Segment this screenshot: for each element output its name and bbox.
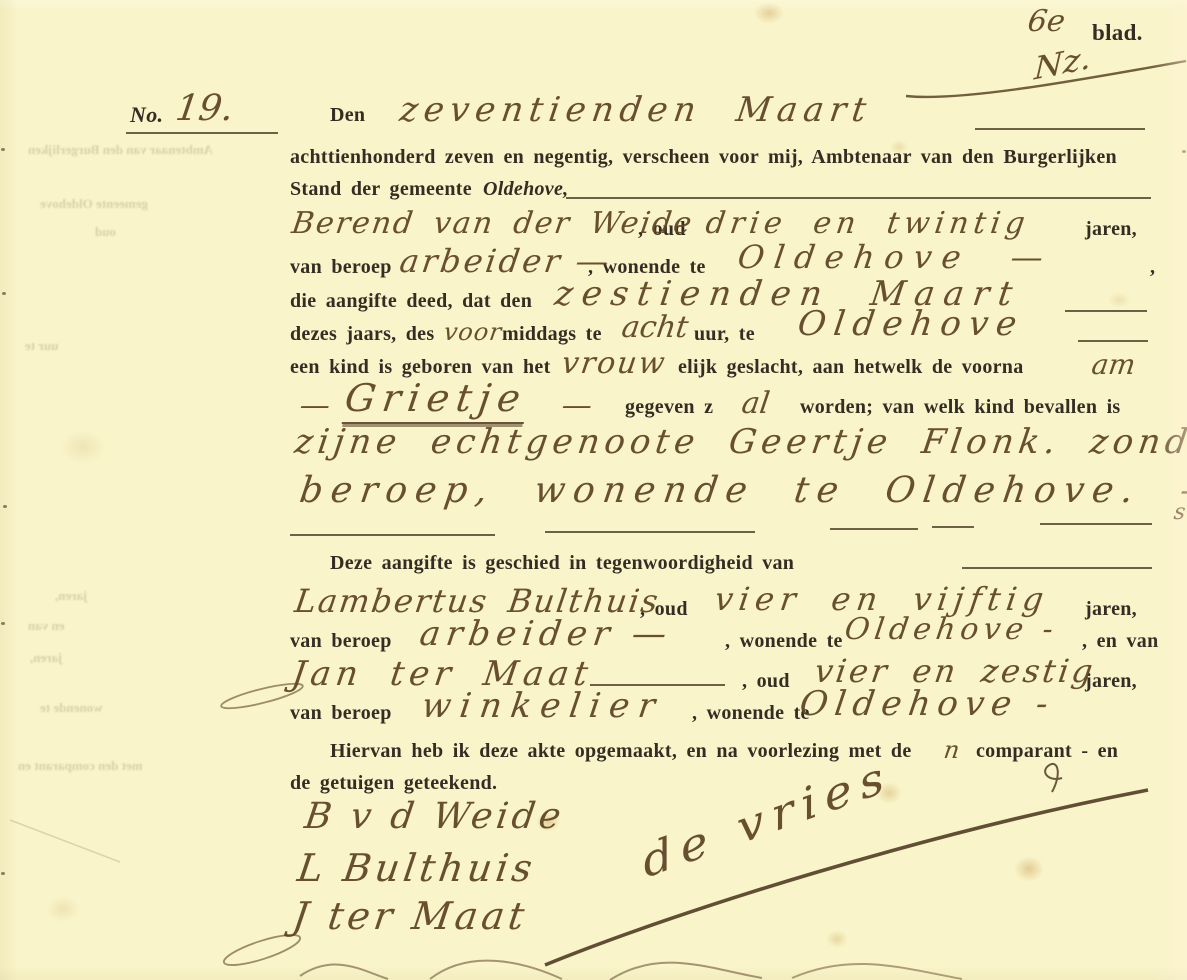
signature-declarant: B v d Weide [302,796,567,837]
line-child-sex-handwritten-text: am [1090,348,1138,381]
bleedthrough-text: en van [28,618,64,634]
line-child-name-handwritten-text: — [560,388,595,423]
signature-witness2: J ter Maat [290,894,531,938]
line-witness2-residence-handwritten-text: Oldehove - [797,684,1057,724]
act-number-value: 19. [173,88,236,129]
line-witness2-residence-printed-text: van beroep [290,702,392,725]
line-declarant-residence-printed-text: van beroep [290,256,392,279]
line-declarant-name-handwritten-text: Berend van der Weide [290,206,696,241]
line-witness-intro-fill-line [962,567,1152,569]
edge-speck [1182,150,1186,153]
line-separator-fill-line [545,531,755,533]
line-witness1-residence-handwritten-text: arbeider — [417,614,675,654]
line-birth-time-place-handwritten-text: Oldehove [795,304,1027,344]
line-witness1-residence-handwritten-text: Oldehove - [843,612,1061,647]
line-declaration-date-fill-line [1065,310,1147,312]
line-birth-time-place-fill-line [1078,340,1148,342]
line-declarant-name-printed-text: jaren, [1085,218,1137,241]
line-child-name-printed-text: gegeven z [625,396,713,419]
line-child-name-handwritten-text: Grietje [342,376,530,424]
edge-script-mark: s [1172,500,1187,525]
birth-certificate-scan: 6e blad. Nz. No. 19. Denzeventienden Maa… [0,0,1187,980]
line-gemeente-printed-text: Stand der gemeente [290,178,472,201]
bleedthrough-text: jaren, [55,588,88,604]
edge-speck [3,505,7,508]
line-witness-intro-printed-text: Deze aangifte is geschied in tegenwoordi… [330,552,794,575]
next-act-stroke [300,965,388,979]
line-separator-fill-line [932,526,974,528]
line-birth-time-place-printed-text: middags te [502,323,602,346]
bleedthrough-text: uur te [25,338,58,354]
line-closing-1-printed-text: Hiervan heb ik deze akte opgemaakt, en n… [330,740,912,763]
signature-registrar: de vries [638,748,896,888]
scratch-mark [10,820,120,862]
edge-speck [2,292,6,295]
bleedthrough-text: met den comparant en [18,758,143,774]
line-year-printed-text: achttienhonderd zeven en negentig, versc… [290,146,1117,169]
paper-stain [60,430,106,464]
line-declarant-name-handwritten-text: drie en twintig [704,206,1032,241]
line-witness1-residence-printed-text: van beroep [290,630,392,653]
line-closing-2-printed-text: de getuigen geteekend. [290,772,497,795]
registrar-signature-loop [1045,764,1062,792]
line-birth-time-place-handwritten-text: acht [620,310,691,345]
line-witness2-residence-handwritten-text: winkelier [419,686,666,726]
act-number-label: No. [130,102,163,128]
line-birth-time-place-handwritten-text: voor [442,318,504,346]
line-declarant-residence-printed-text: , [1150,256,1155,279]
line-separator-fill-line [290,534,495,536]
bleedthrough-text: Ambtenaar van den Burgerlijken [28,142,213,158]
line-separator-fill-line [1040,523,1152,525]
act-number-underline [126,132,278,134]
registrar-paraph: Nz. [1033,39,1091,88]
line-mother-handwritten-text: zijne echtgenoote Geertje Flonk. zonder [292,422,1187,462]
line-witness1-residence-printed-text: , en van [1082,630,1159,653]
line-gemeente-printed-text: Oldehove, [483,178,568,201]
line-child-name-handwritten-text: al [740,386,772,421]
next-act-stroke [430,961,562,979]
next-act-stroke [792,964,962,979]
line-separator-fill-line [830,528,918,530]
line-witness1-residence-printed-text: , wonende te [725,630,843,653]
line-birth-time-place-printed-text: uur, te [694,323,755,346]
line-witness2-residence-printed-text: , wonende te [692,702,810,725]
bleedthrough-text: oud [95,224,116,240]
line-date-fill-line [975,128,1145,130]
bleedthrough-text: gemeente Oldehove [40,196,148,212]
edge-speck [1,622,5,625]
edge-speck [1,148,5,151]
line-date-printed-text: Den [330,104,365,127]
edge-speck [1,872,5,875]
line-declarant-residence-handwritten-text: Oldehove — [735,238,1055,276]
line-birth-time-place-printed-text: dezes jaars, des [290,323,434,346]
paper-stain [754,2,784,24]
line-closing-1-printed-text: comparant - en [976,740,1118,763]
line-mother-residence-handwritten-text: beroep, wonende te Oldehove. — [297,470,1187,511]
signature-witness1: L Bulthuis [295,846,539,890]
paper-stain [46,896,80,922]
sheet-word-label: blad. [1092,20,1143,46]
line-witness2-printed-text: , oud [742,670,790,693]
paper-stain [826,930,848,948]
line-declaration-date-printed-text: die aangifte deed, dat den [290,290,532,313]
paper-stain [1108,292,1130,308]
next-act-stroke [610,963,762,980]
line-witness1-printed-text: jaren, [1085,598,1137,621]
line-date-handwritten-text: zeventienden Maart [397,90,874,130]
line-child-name-handwritten-text: — [298,388,333,423]
line-child-sex-printed-text: elijk geslacht, aan hetwelk de voorna [678,356,1024,379]
line-child-sex-handwritten-text: vrouw [560,346,669,381]
line-gemeente-fill-line [566,197,1151,199]
sheet-number-handwritten: 6e [1026,4,1068,39]
bleedthrough-text: wonende te [40,700,102,716]
paper-stain [1014,856,1044,882]
line-closing-1-handwritten-text: n [942,736,961,764]
line-child-name-printed-text: worden; van welk kind bevallen is [800,396,1121,419]
bleedthrough-text: jaren, [30,650,63,666]
